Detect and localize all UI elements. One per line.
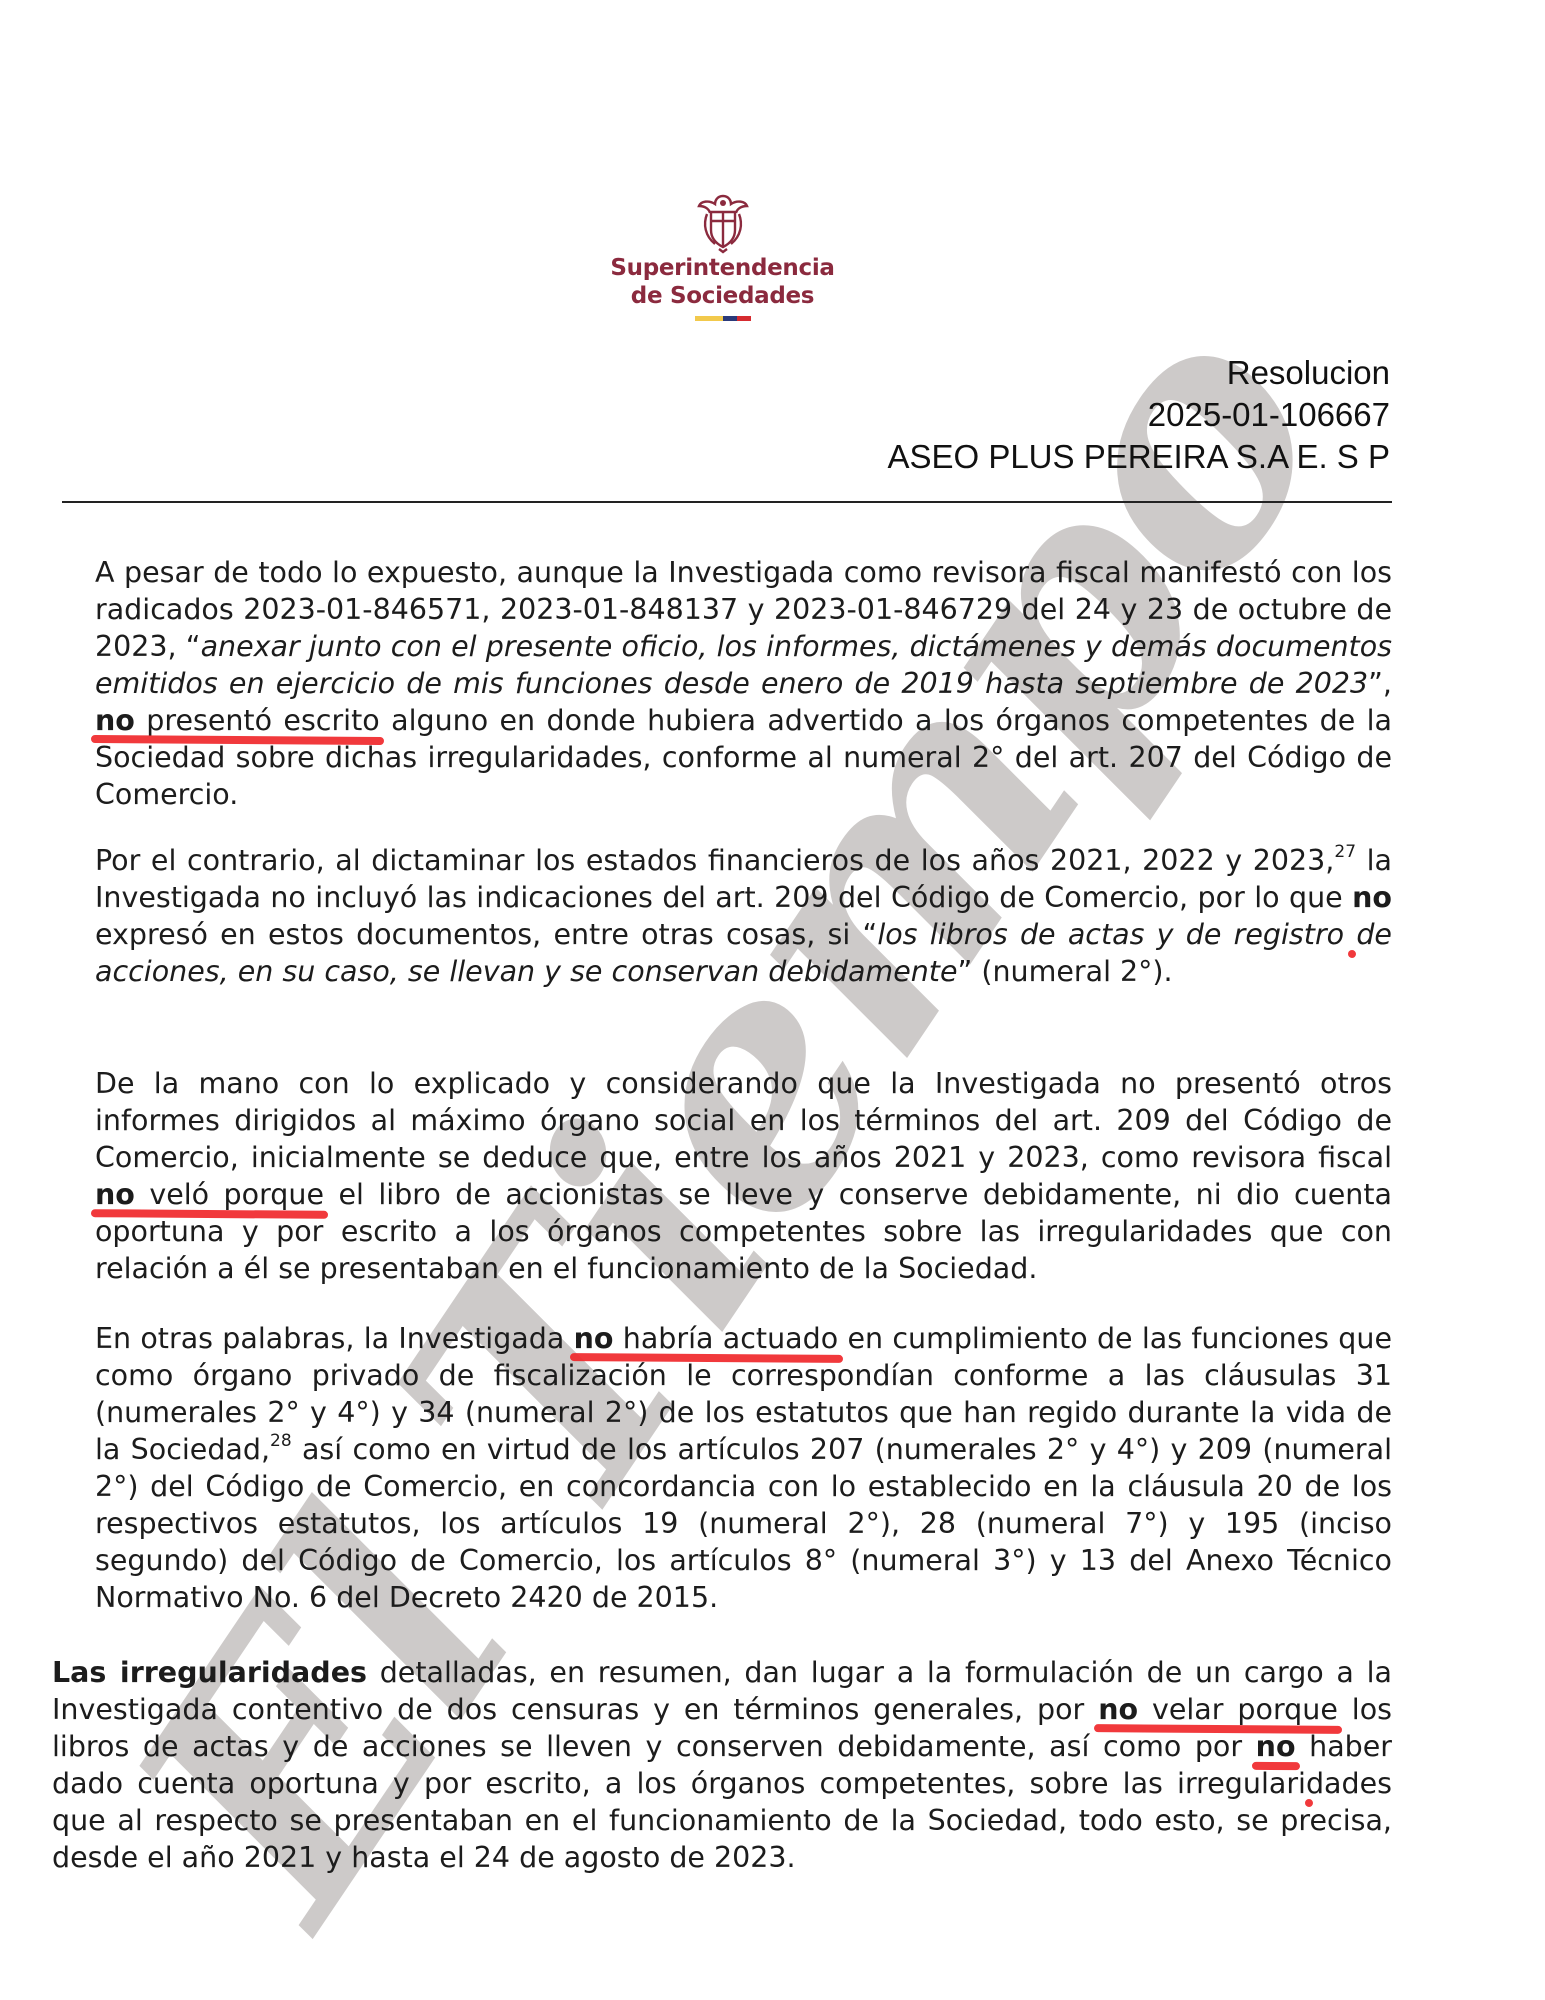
doc-type: Resolucion: [887, 352, 1390, 394]
flag-bar: [600, 316, 845, 321]
logo-line-1: Superintendencia: [600, 254, 845, 282]
text-segment: oportuna y por escrito, a los órganos co…: [52, 1767, 1392, 1874]
text-segment: ” (numeral 2°).: [958, 955, 1173, 988]
paragraph-1: A pesar de todo lo expuesto, aunque la I…: [95, 554, 1392, 813]
highlighted-text: habría actuado: [613, 1322, 838, 1355]
document-header: Resolucion 2025-01-106667 ASEO PLUS PERE…: [887, 352, 1390, 478]
paragraph-3: De la mano con lo explicado y consideran…: [95, 1065, 1392, 1287]
flag-blue: [723, 316, 737, 321]
text-segment: De la mano con lo explicado y consideran…: [95, 1067, 1392, 1174]
text-segment: Por el contrario, al dictaminar los esta…: [95, 844, 1334, 877]
red-underline-highlight: no velar porque: [1098, 1693, 1338, 1726]
header-divider: [62, 501, 1392, 503]
company-name: ASEO PLUS PEREIRA S.A E. S P: [887, 436, 1390, 478]
highlighted-text: no: [574, 1322, 614, 1355]
footnote-ref[interactable]: 27: [1334, 842, 1356, 862]
highlighted-text: velar porque: [1138, 1693, 1338, 1726]
highlighted-text: no: [1098, 1693, 1138, 1726]
highlighted-text: no: [95, 1178, 135, 1211]
superintendencia-logo: Superintendencia de Sociedades: [600, 192, 845, 321]
highlighted-text: expresó en estos: [95, 918, 344, 951]
highlighted-text: no: [1256, 1730, 1296, 1763]
text-segment: [1296, 1730, 1310, 1763]
text-segment: anexar junto con el presente oficio, los…: [95, 630, 1392, 700]
red-underline-highlight: no habría actuado: [574, 1322, 839, 1355]
highlighted-text: presentó escrito: [135, 704, 380, 737]
paragraph-5: Las irregularidades detalladas, en resum…: [52, 1654, 1392, 1876]
text-segment: En otras palabras, la Investigada: [95, 1322, 574, 1355]
flag-red: [737, 316, 751, 321]
text-segment: documentos, entre otras cosas, si “: [344, 918, 878, 951]
footnote-ref[interactable]: 28: [270, 1431, 292, 1451]
coat-of-arms-icon: [695, 192, 751, 254]
paragraph-4: En otras palabras, la Investigada no hab…: [95, 1320, 1392, 1616]
text-segment: Las irregularidades: [52, 1656, 367, 1689]
paragraph-2: Por el contrario, al dictaminar los esta…: [95, 842, 1392, 990]
logo-line-2: de Sociedades: [600, 282, 845, 310]
text-segment: ”,: [1368, 667, 1392, 700]
doc-number: 2025-01-106667: [887, 394, 1390, 436]
red-underline-highlight: no veló porque: [95, 1178, 324, 1211]
text-segment: así como en virtud de los artículos 207 …: [95, 1433, 1392, 1614]
red-underline-highlight: no: [1256, 1730, 1296, 1763]
highlighted-text: no: [95, 704, 135, 737]
highlighted-text: no: [1352, 881, 1392, 914]
red-underline-highlight: no presentó escrito: [95, 704, 380, 737]
flag-yellow: [695, 316, 723, 321]
highlighted-text: veló porque: [135, 1178, 324, 1211]
